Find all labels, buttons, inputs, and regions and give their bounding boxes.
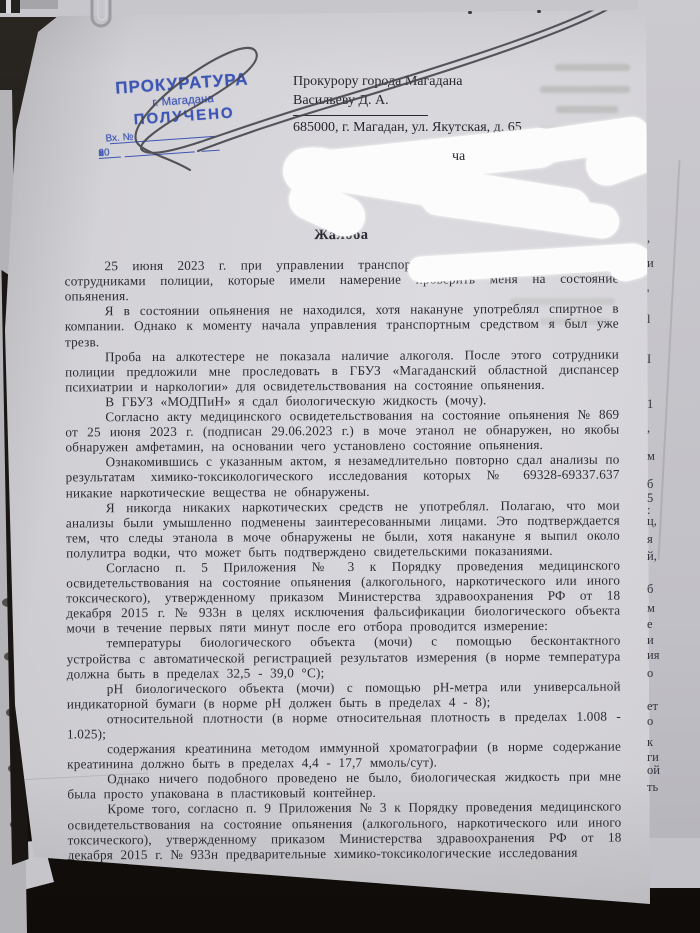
body-paragraph: Ознакомившись с указанным актом, я незам…: [66, 452, 620, 500]
stamp-in-label: Вх. №: [105, 132, 134, 145]
body-paragraph: относительной плотности (в норме относит…: [67, 708, 621, 741]
body-paragraph: Я никогда никаких наркотических средств …: [66, 497, 620, 560]
paragraph-list: 25 июня 2023 г. при управлении транспорт…: [64, 256, 621, 863]
photo-of-document: ПРОКУРАТУРА г. Магадана ПОЛУЧЕНО Вх. № «…: [0, 0, 700, 933]
address-rule: [293, 115, 428, 116]
gray-object-top-left: [20, 0, 58, 9]
stamp-blank-line: [201, 141, 220, 152]
stamp-blank-line: [124, 142, 195, 157]
body-paragraph: Я в состоянии опьянения не находился, хо…: [65, 301, 619, 349]
body-paragraph: Однако ничего подобного проведено не был…: [67, 769, 621, 802]
speck: [468, 11, 472, 14]
dark-object-top-left: [0, 0, 20, 13]
recipient-block: Прокурору города Магадана Васильеву Д. А…: [293, 72, 593, 137]
bleed-through-mark: [555, 64, 630, 71]
body-paragraph: содержания креатинина методом иммунной х…: [67, 739, 621, 772]
speck: [537, 10, 541, 13]
body-paragraph: Кроме того, согласно п. 9 Приложения № 3…: [67, 799, 621, 862]
body-paragraph: Согласно п. 5 Приложения № 3 к Порядку п…: [66, 558, 620, 636]
received-stamp: ПРОКУРАТУРА г. Магадана ПОЛУЧЕНО Вх. № «…: [91, 68, 276, 159]
body-paragraph: Согласно акту медицинского освидетельств…: [65, 407, 619, 455]
body-paragraph: pH биологического объекта (мочи) с помощ…: [67, 678, 621, 711]
body-paragraph: Проба на алкотестере не показала наличие…: [65, 346, 619, 394]
recipient-line1: Прокурору города Магадана: [293, 72, 593, 91]
visible-name-fragment: ча: [452, 149, 465, 165]
document-page: ПРОКУРАТУРА г. Магадана ПОЛУЧЕНО Вх. № «…: [0, 0, 700, 933]
stripe: [6, 0, 11, 13]
stamp-year-suffix: г.: [98, 148, 104, 159]
body-paragraph: температуры биологического объекта (мочи…: [66, 633, 620, 681]
underlying-sheet-bottom-right: [646, 838, 700, 888]
letter-body: Жалоба 25 июня 2023 г. при управлении тр…: [64, 227, 621, 863]
recipient-line2: Васильеву Д. А.: [293, 91, 593, 110]
paperclip-icon: [84, 0, 118, 36]
